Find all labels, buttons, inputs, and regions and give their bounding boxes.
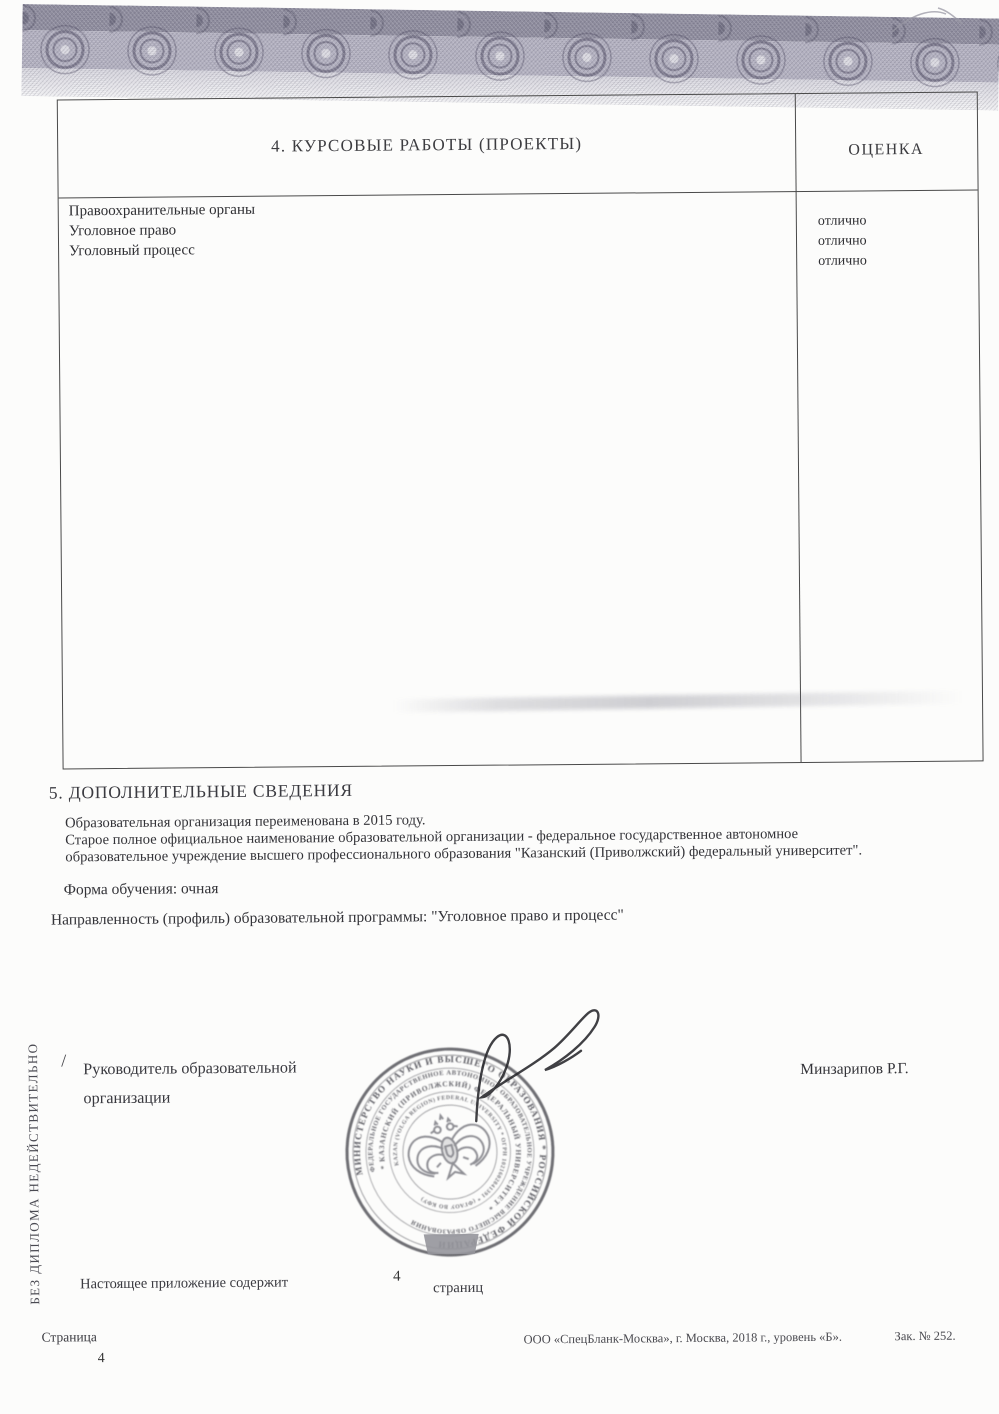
study-form-line: Форма обучения: очная — [64, 880, 219, 899]
grade-cell: отлично — [818, 231, 867, 251]
page-number: 4 — [98, 1351, 105, 1367]
printer-imprint: ООО «СпецБланк-Москва», г. Москва, 2018 … — [524, 1330, 842, 1348]
appendix-pages-count: 4 — [393, 1269, 401, 1286]
invalid-without-diploma-watermark: БЕЗ ДИПЛОМА НЕДЕЙСТВИТЕЛЬНО — [25, 1043, 43, 1305]
subject-list: Правоохранительные органы Уголовное прав… — [69, 200, 256, 262]
signatory-name: Минзарипов Р.Г. — [800, 1060, 908, 1079]
printer-imprint-row: ООО «СпецБланк-Москва», г. Москва, 2018 … — [524, 1329, 956, 1348]
order-number: Зак. № 252. — [894, 1329, 955, 1345]
subject-cell: Уголовное право — [69, 220, 255, 242]
signatory-role: Руководитель образовательной организации — [83, 1053, 297, 1113]
table-title: 4. КУРСОВЫЕ РАБОТЫ (ПРОЕКТЫ) — [58, 132, 795, 158]
diploma-supplement-scan-page: 4. КУРСОВЫЕ РАБОТЫ (ПРОЕКТЫ) ОЦЕНКА Прав… — [0, 0, 999, 1414]
subject-cell: Уголовный процесс — [69, 240, 255, 262]
page-footer-label: Страница — [41, 1329, 96, 1345]
handwritten-signature — [449, 1004, 636, 1143]
coursework-table: 4. КУРСОВЫЕ РАБОТЫ (ПРОЕКТЫ) ОЦЕНКА Прав… — [57, 91, 984, 769]
grade-cell: отлично — [818, 251, 867, 271]
grade-cell: отлично — [818, 211, 867, 231]
appendix-contains-label: Настоящее приложение содержит — [80, 1275, 288, 1294]
appendix-pages-word: страниц — [433, 1280, 483, 1297]
additional-info-paragraph: Образовательная организация переименован… — [65, 808, 862, 866]
signature-slash: / — [61, 1050, 66, 1071]
ink-bleed-smudge — [393, 691, 963, 713]
page-content: 4. КУРСОВЫЕ РАБОТЫ (ПРОЕКТЫ) ОЦЕНКА Прав… — [0, 0, 999, 1414]
signatory-role-line: организации — [83, 1082, 297, 1113]
grade-list: отлично отлично отлично — [818, 211, 867, 271]
signatory-role-line: Руководитель образовательной — [83, 1053, 297, 1084]
table-column-divider — [795, 94, 802, 762]
program-profile-line: Направленность (профиль) образовательной… — [51, 907, 624, 930]
seal-gray-box — [424, 1234, 479, 1254]
additional-info-heading: 5. ДОПОЛНИТЕЛЬНЫЕ СВЕДЕНИЯ — [49, 780, 353, 804]
grade-column-header: ОЦЕНКА — [795, 140, 977, 160]
table-header-divider — [59, 189, 978, 198]
subject-cell: Правоохранительные органы — [69, 200, 255, 222]
